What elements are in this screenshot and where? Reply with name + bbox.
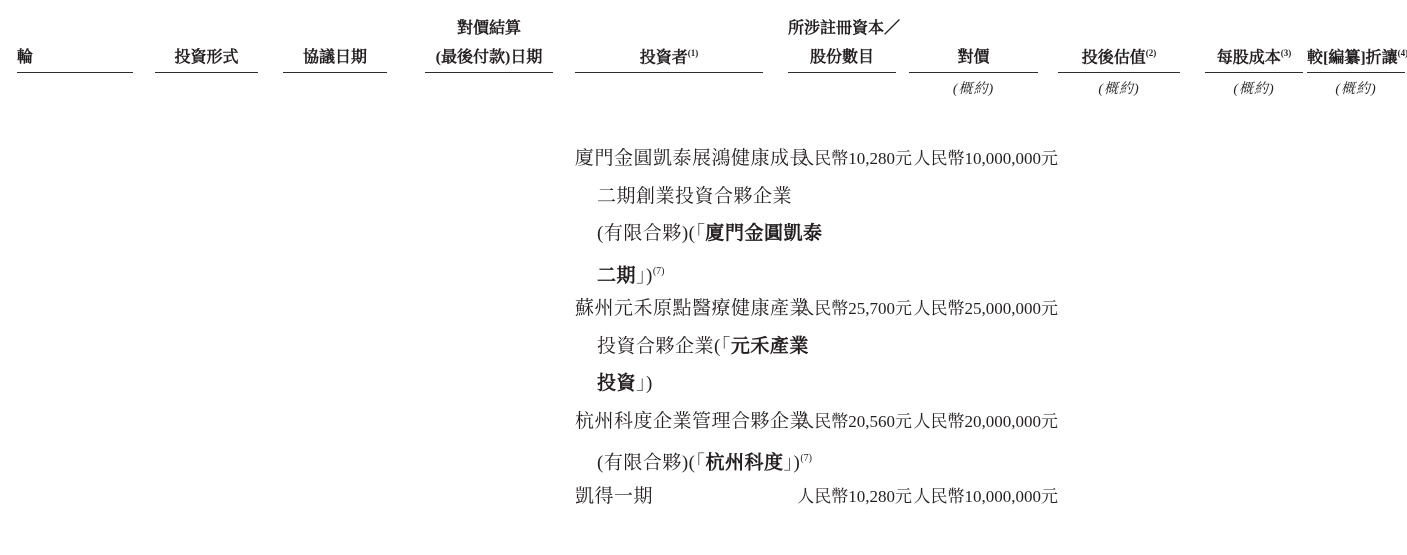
footnote-marker: (7) [653, 266, 665, 277]
column-header-top-line: 對價結算 [425, 14, 553, 43]
column-header-label: 投後估值(2) [1058, 39, 1180, 72]
text-segment: (有限合夥)(「 [597, 452, 705, 473]
column-header-label: 投資者(1) [575, 39, 763, 72]
column-header-label: 輪 [17, 43, 133, 72]
registered-capital-cell: 人民幣20,560元 [742, 403, 912, 441]
text-segment: 凱得一期 [575, 486, 653, 507]
approx-note: (概約) [1058, 80, 1180, 100]
footnote-marker: (4) [1398, 48, 1407, 58]
column-header-consideration: 對價 [909, 6, 1038, 73]
column-header-label: 每股成本(3) [1205, 39, 1303, 72]
column-header-text: (最後付款)日期 [436, 49, 543, 66]
text-segment: 」) [784, 452, 801, 473]
column-header-investment-form: 投資形式 [155, 6, 258, 73]
defined-term: 元禾產業 [731, 336, 809, 357]
column-header-discount: 較[編纂]折讓(4) [1307, 6, 1405, 73]
consideration-cell: 人民幣10,000,000元 [888, 478, 1058, 516]
text-segment: 」) [636, 373, 653, 394]
text-segment: 」) [636, 265, 653, 286]
defined-term: 二期 [597, 265, 636, 286]
table-row: 廈門金圓凱泰展鴻健康成長二期創業投資合夥企業(有限合夥)(「廈門金圓凱泰二期」)… [0, 140, 1407, 290]
column-header-text: 輪 [17, 49, 33, 66]
table-row: 凱得一期人民幣10,280元人民幣10,000,000元 [0, 478, 1407, 516]
column-header-agreement-date: 協議日期 [283, 6, 387, 73]
table-row: 杭州科度企業管理合夥企業(有限合夥)(「杭州科度」)(7)人民幣20,560元人… [0, 403, 1407, 478]
column-header-text: 投後估值 [1082, 49, 1146, 66]
column-header-top-line: 所涉註冊資本／ [788, 14, 896, 43]
column-header-text: 每股成本 [1217, 49, 1281, 66]
approx-note: (概約) [909, 80, 1038, 100]
investor-name-line: 二期創業投資合夥企業 [575, 178, 820, 216]
column-header-investor: 投資者(1) [575, 6, 763, 73]
text-segment: (有限合夥)(「 [597, 223, 705, 244]
investor-name-line: 二期」)(7) [575, 253, 820, 295]
column-header-text: 較[編纂]折讓 [1307, 49, 1398, 66]
column-header-text: 股份數目 [810, 49, 874, 66]
approx-note: (概約) [1205, 80, 1303, 100]
footnote-marker: (3) [1281, 48, 1292, 58]
column-header-label: 較[編纂]折讓(4) [1307, 39, 1405, 72]
column-header-settlement-date: 對價結算(最後付款)日期 [425, 6, 553, 73]
defined-term: 杭州科度 [705, 452, 783, 473]
registered-capital-cell: 人民幣25,700元 [742, 290, 912, 328]
footnote-marker: (1) [688, 48, 699, 58]
column-header-cost-per-share: 每股成本(3) [1205, 6, 1303, 73]
investor-name-line: (有限合夥)(「杭州科度」)(7) [575, 440, 820, 482]
consideration-cell: 人民幣10,000,000元 [888, 140, 1058, 178]
consideration-cell: 人民幣25,000,000元 [888, 290, 1058, 328]
column-header-post-money-valuation: 投後估值(2) [1058, 6, 1180, 73]
registered-capital-cell: 人民幣10,280元 [742, 478, 912, 516]
column-header-text: 對價 [957, 49, 989, 66]
column-header-round: 輪 [17, 6, 133, 73]
text-segment: 二期創業投資合夥企業 [597, 186, 792, 207]
column-header-registered-capital: 所涉註冊資本／股份數目 [788, 6, 896, 73]
column-header-text: 協議日期 [303, 49, 367, 66]
investor-name-line: 投資合夥企業(「元禾產業 [575, 328, 820, 366]
footnote-marker: (2) [1146, 48, 1157, 58]
column-header-text: 投資形式 [174, 49, 238, 66]
investor-name-line: 投資」) [575, 365, 820, 403]
column-header-text: 投資者 [640, 49, 688, 66]
approx-note: (概約) [1307, 80, 1405, 100]
column-header-label: 投資形式 [155, 43, 258, 72]
defined-term: 投資 [597, 373, 636, 394]
table-row: 蘇州元禾原點醫療健康產業投資合夥企業(「元禾產業投資」)人民幣25,700元人民… [0, 290, 1407, 403]
text-segment: 投資合夥企業(「 [597, 336, 731, 357]
footnote-marker: (7) [800, 453, 812, 464]
prospectus-page: 輪投資形式協議日期對價結算(最後付款)日期投資者(1)所涉註冊資本／股份數目對價… [0, 0, 1407, 555]
consideration-cell: 人民幣20,000,000元 [888, 403, 1058, 441]
column-header-label: 對價 [909, 43, 1038, 72]
investor-name-line: (有限合夥)(「廈門金圓凱泰 [575, 215, 820, 253]
column-header-label: 股份數目 [788, 43, 896, 72]
registered-capital-cell: 人民幣10,280元 [742, 140, 912, 178]
column-header-label: 協議日期 [283, 43, 387, 72]
defined-term: 廈門金圓凱泰 [705, 223, 822, 244]
column-header-label: (最後付款)日期 [425, 43, 553, 72]
